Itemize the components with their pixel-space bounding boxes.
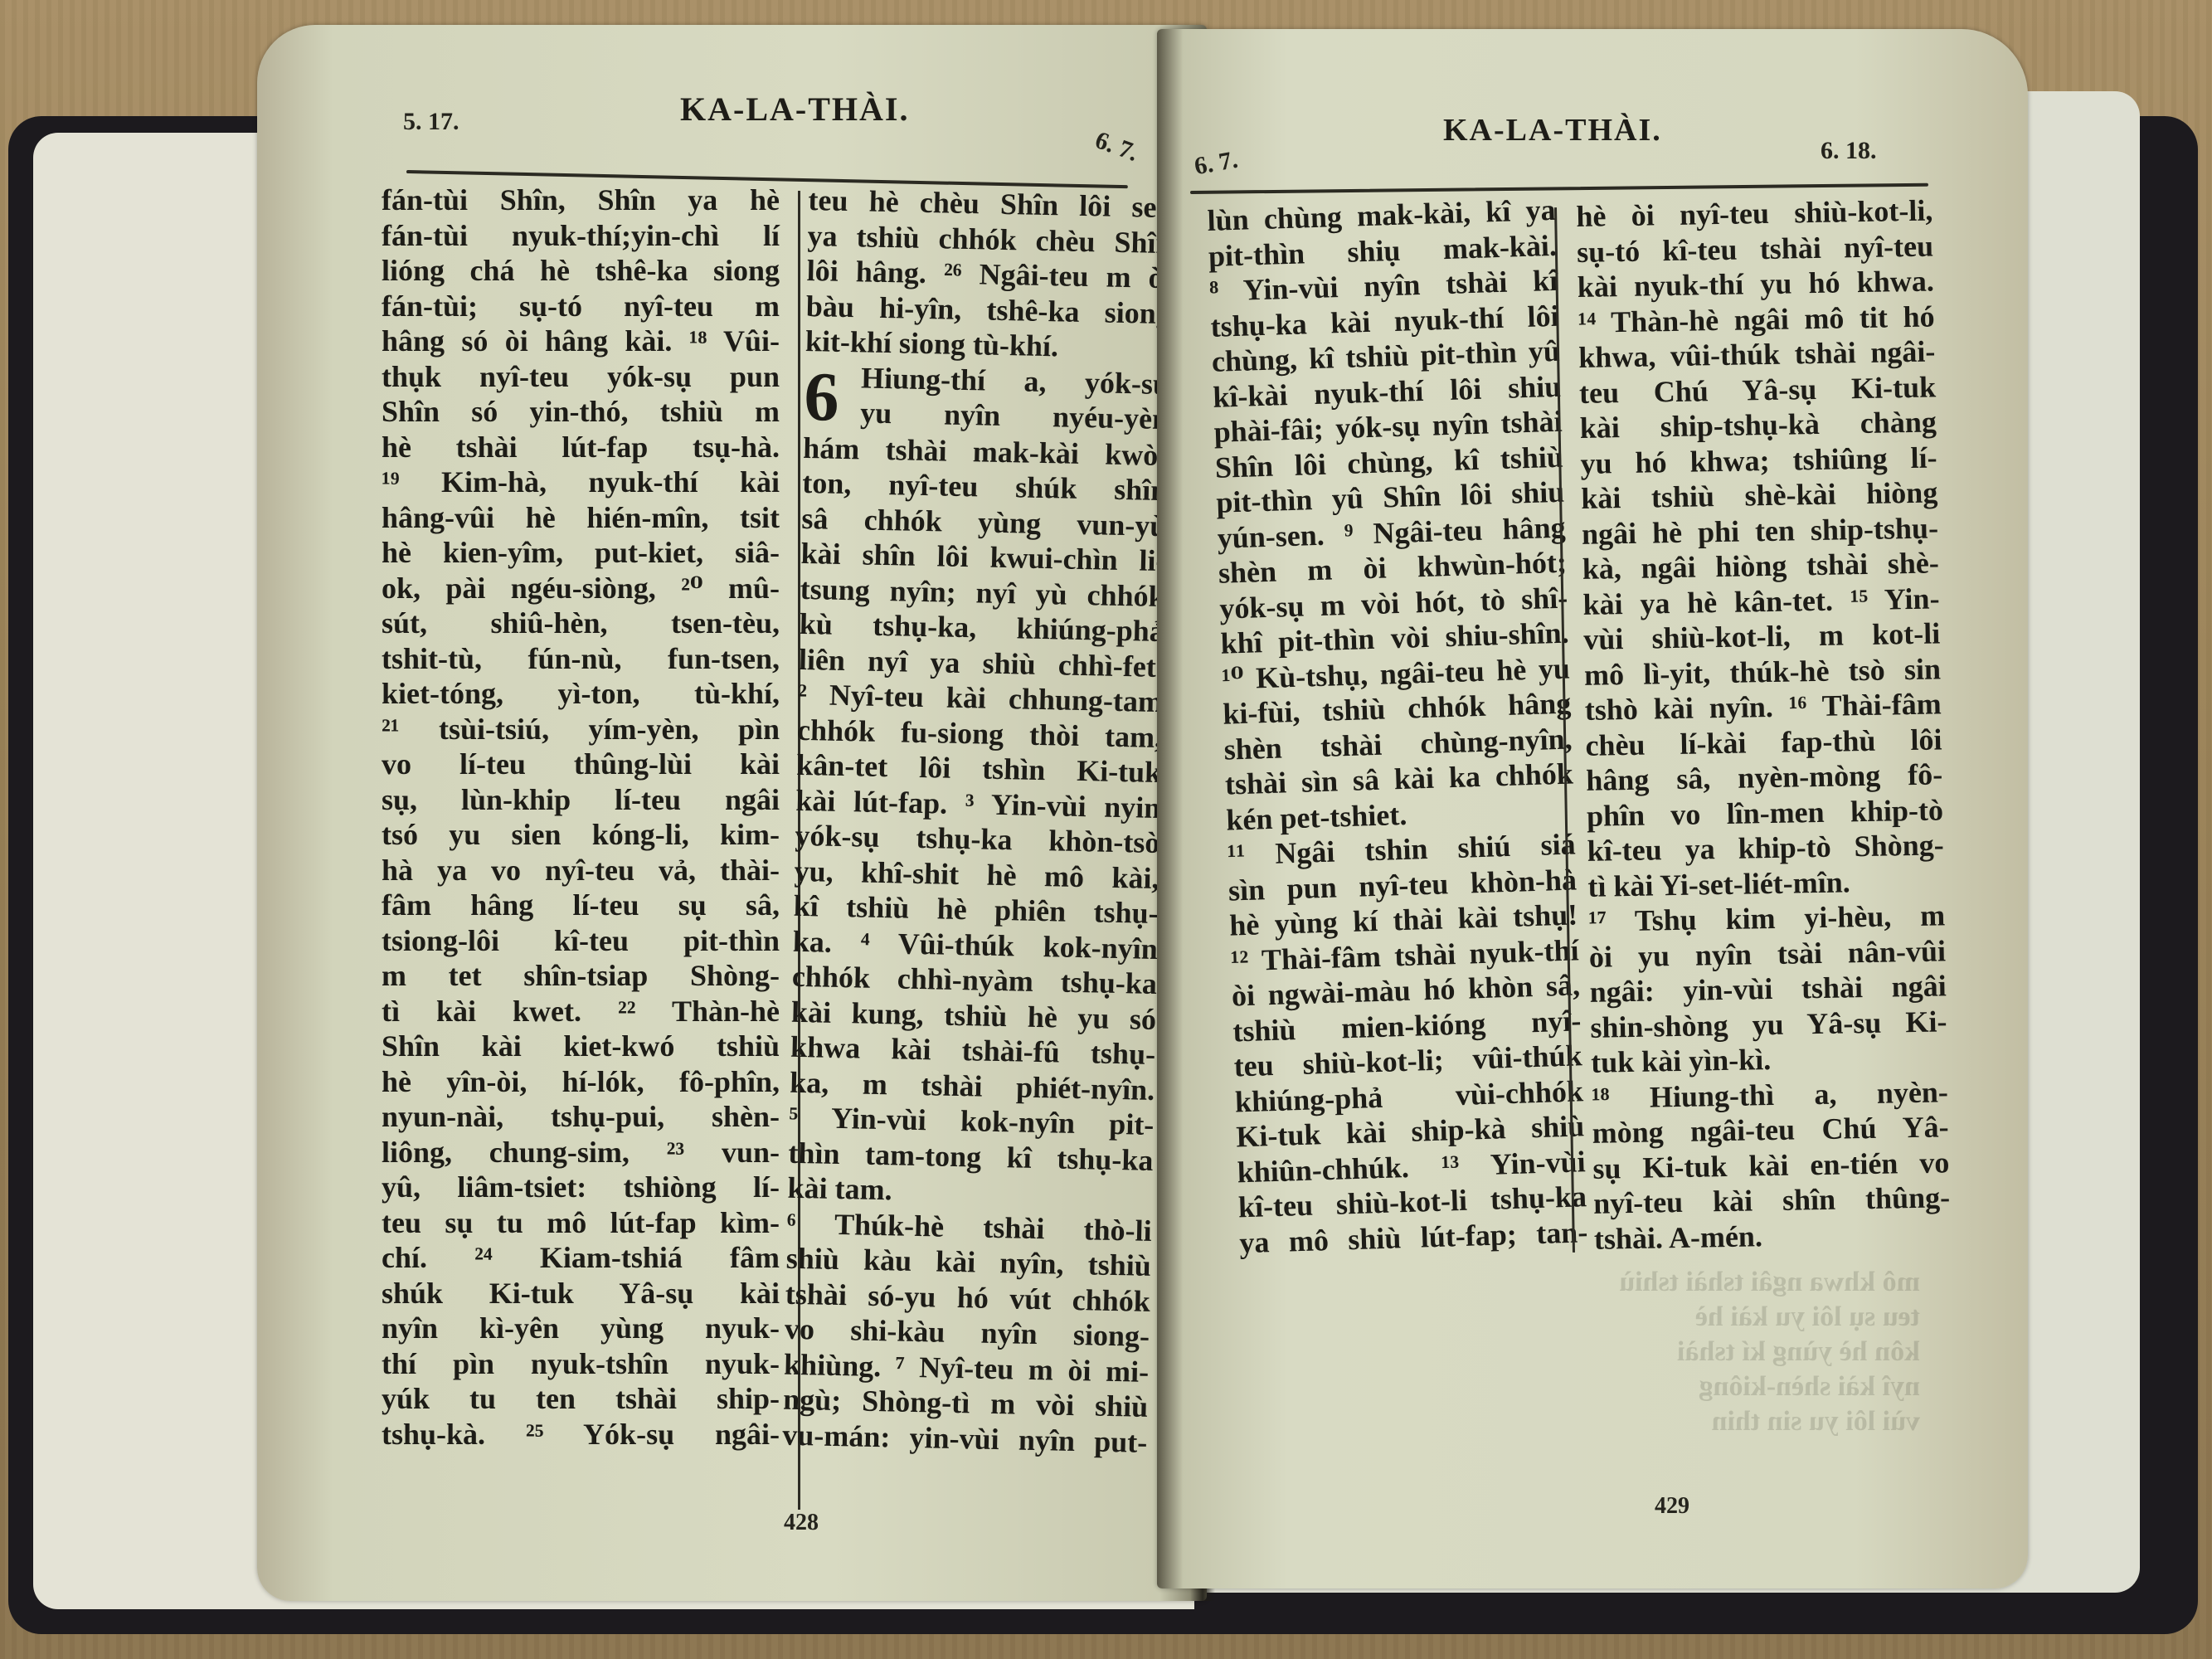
- text-line: ²¹ tsùi-tsiú, yím-yèn, pìn: [382, 712, 780, 747]
- text-line: sụ Ki-tuk kài en-tién vo: [1592, 1145, 1950, 1186]
- text-line: kài ya hè kân-tet. ¹⁵ Yin-: [1582, 581, 1940, 622]
- text-line: nyun-nài, tshụ-pui, shèn-: [382, 1099, 780, 1135]
- text-line: hâng sâ, nyèn-mòng fô-: [1586, 757, 1943, 798]
- text-line: ngâi hè phi ten ship-tshụ-: [1582, 510, 1939, 552]
- text-line: kài tshiù shè-kài hiòng: [1581, 474, 1938, 516]
- text-line: hè òi nyî-teu shiù-kot-li,: [1576, 192, 1933, 234]
- text-line: hè tshài lút-fap tsụ-hà.: [382, 430, 780, 465]
- chapter-number: 6: [804, 363, 840, 431]
- right-page-ref-end: 6. 18.: [1821, 137, 1877, 165]
- text-line: kà, ngâi hiòng tshài shè-: [1582, 545, 1939, 586]
- text-line: tì kài kwet. ²² Thàn-hè: [382, 994, 780, 1029]
- text-line: kài nyuk-thí yu hó khwa.: [1577, 263, 1934, 304]
- right-page: 6. 7. KA-LA-THÀI. 6. 18. lùn chùng mak-k…: [1157, 29, 2028, 1588]
- text-line: fâm hâng lí-teu sụ sâ,: [382, 888, 780, 923]
- text-line: tuk kài yìn-kì.: [1591, 1039, 1948, 1080]
- text-line: Shîn só yin-thó, tshiù m: [382, 394, 780, 430]
- text-line: hâng-vûi hè hién-mîn, tsit: [382, 500, 780, 536]
- right-page-header-rule: [1190, 183, 1928, 194]
- text-line: ¹⁸ Hiung-thì a, nyèn-: [1592, 1074, 1949, 1116]
- left-page-column-2: teu hè chèu Shîn lôi senya tshiù chhók c…: [782, 182, 1174, 1460]
- left-page-ref-start: 5. 17.: [403, 108, 459, 136]
- text-line: hà ya vo nyî-teu vả, thài-: [382, 853, 780, 888]
- text-line: kî-teu ya khip-tò Shòng-: [1587, 827, 1944, 868]
- text-line: nyî-teu kài shîn thûng-: [1593, 1180, 1951, 1221]
- text-line: yúk tu ten tshài ship-: [382, 1381, 780, 1417]
- text-line: fán-tùi nyuk-thí;yin-chì lí: [382, 218, 780, 254]
- text-line: vu-mán: yin-vùi nyîn put-: [782, 1417, 1148, 1460]
- text-line: fán-tùi; sụ-tó nyî-teu m: [382, 289, 780, 324]
- text-line: hè yîn-òi, hí-lók, fô-phîn,: [382, 1064, 780, 1100]
- text-line: liông, chung-sim, ²³ vun-: [382, 1135, 780, 1170]
- text-line: tì kài Yi-set-liét-mîn.: [1587, 863, 1945, 904]
- text-line: kài ship-tshụ-kà chàng: [1579, 404, 1937, 445]
- text-line: phîn vo lîn-men khip-tò: [1587, 792, 1944, 834]
- column-2-after-chapter: hám tshài mak-kài kwò-ton, nyî-teu shúk …: [782, 430, 1169, 1459]
- text-line: ¹⁴ Thàn-hè ngâi mô tit hó: [1578, 299, 1935, 340]
- left-page-ref-end: 6. 7.: [1091, 126, 1142, 168]
- text-line: hè kien-yîm, put-kiet, siâ-: [382, 535, 780, 571]
- text-line: teu sụ tu mô lút-fap kìm-: [382, 1205, 780, 1241]
- text-line: ngâi: yin-vùi tshài ngâi: [1589, 968, 1947, 1010]
- text-line: thụk nyî-teu yók-sụ pun: [382, 359, 780, 395]
- text-line: lióng chá hè tshê-ka siong: [382, 253, 780, 289]
- text-line: nyîn kì-yên yùng nyuk-: [382, 1311, 780, 1346]
- text-line: shúk Ki-tuk Yâ-sụ kài: [382, 1276, 780, 1311]
- right-page-column-2: hè òi nyî-teu shiù-kot-li,sụ-tó kî-teu t…: [1576, 192, 1951, 1256]
- text-line: yû, liâm-tsiet: tshiòng lí-: [382, 1170, 780, 1205]
- text-line: sụ, lùn-khip lí-teu ngâi: [382, 782, 780, 818]
- chapter-6-opening: 6 Hiung-thí a, yók-sụyu nyîn nyéu-yèn: [804, 358, 1170, 436]
- text-line: thí pìn nyuk-tshîn nyuk-: [382, 1346, 780, 1382]
- left-page-running-title: KA-LA-THÀI.: [680, 90, 909, 129]
- chapter-opening-lines: Hiung-thí a, yók-sụyu nyîn nyéu-yèn: [804, 358, 1170, 436]
- left-page-number: 428: [784, 1510, 819, 1536]
- text-line: chèu lí-kài fap-thù lôi: [1585, 722, 1942, 763]
- text-line: fán-tùi Shîn, Shîn ya hè: [382, 182, 780, 218]
- text-line: vo lí-teu thûng-lùi kài: [382, 747, 780, 782]
- text-line: tshò kài nyîn. ¹⁶ Thài-fâm: [1584, 686, 1942, 727]
- text-line: khwa, vûi-thúk tshài ngâi-: [1578, 333, 1936, 375]
- text-line: ok, pài ngéu-siòng, ²⁰ mû-: [382, 571, 780, 606]
- text-line: vùi shiù-kot-li, m kot-li: [1583, 615, 1941, 657]
- text-line: sút, shiû-hèn, tsen-tèu,: [382, 606, 780, 641]
- text-line: yu hó khwa; tshiûng lí-: [1580, 440, 1937, 481]
- text-line: shin-shòng yu Yâ-sụ Ki-: [1590, 1004, 1947, 1045]
- text-line: òi yu nyîn tsài nân-vûi: [1589, 933, 1947, 975]
- right-page-running-title: KA-LA-THÀI.: [1443, 112, 1662, 148]
- text-line: m tet shîn-tsiap Shòng-: [382, 958, 780, 994]
- text-line: tshụ-kà. ²⁵ Yók-sụ ngâi-: [382, 1417, 780, 1452]
- text-line: ¹⁷ Tshụ kim yi-hèu, m: [1588, 898, 1946, 939]
- left-page: 5. 17. KA-LA-THÀI. 6. 7. fán-tùi Shîn, S…: [257, 25, 1207, 1601]
- text-line: tsiong-lôi kî-teu pit-thìn: [382, 923, 780, 959]
- right-page-column-1: lùn chùng mak-kài, kî yapit-thìn shiụ ma…: [1207, 192, 1588, 1261]
- text-line: mòng ngâi-teu Chú Yâ-: [1592, 1109, 1949, 1151]
- text-line: mô lì-yit, thúk-hè tsò sin: [1584, 651, 1942, 693]
- left-page-column-1: fán-tùi Shîn, Shîn ya hèfán-tùi nyuk-thí…: [382, 182, 780, 1452]
- text-line: chí. ²⁴ Kiam-tshiá fâm: [382, 1240, 780, 1276]
- text-line: Shîn kài kiet-kwó tshiù: [382, 1029, 780, 1064]
- text-line: tshài. A-mén.: [1594, 1215, 1952, 1257]
- text-line: teu Chú Yâ-sụ Ki-tuk: [1579, 369, 1937, 411]
- right-page-ref-start: 6. 7.: [1192, 146, 1240, 182]
- text-line: tshit-tù, fún-nù, fun-tsen,: [382, 641, 780, 677]
- text-line: tsó yu sien kóng-li, kim-: [382, 817, 780, 853]
- right-page-number: 429: [1655, 1493, 1689, 1520]
- text-line: kiet-tóng, yì-ton, tù-khí,: [382, 676, 780, 712]
- text-line: hâng só òi hâng kài. ¹⁸ Vûi-: [382, 324, 780, 359]
- text-line: sụ-tó kî-teu tshài nyî-teu: [1577, 228, 1934, 270]
- text-line: ¹⁹ Kim-hà, nyuk-thí kài: [382, 465, 780, 500]
- column-2-before-chapter: teu hè chèu Shîn lôi senya tshiù chhók c…: [805, 182, 1174, 367]
- show-through-text: mô khwa ngâi tshài tshiù teu sụ lôi yu k…: [1257, 1265, 1920, 1439]
